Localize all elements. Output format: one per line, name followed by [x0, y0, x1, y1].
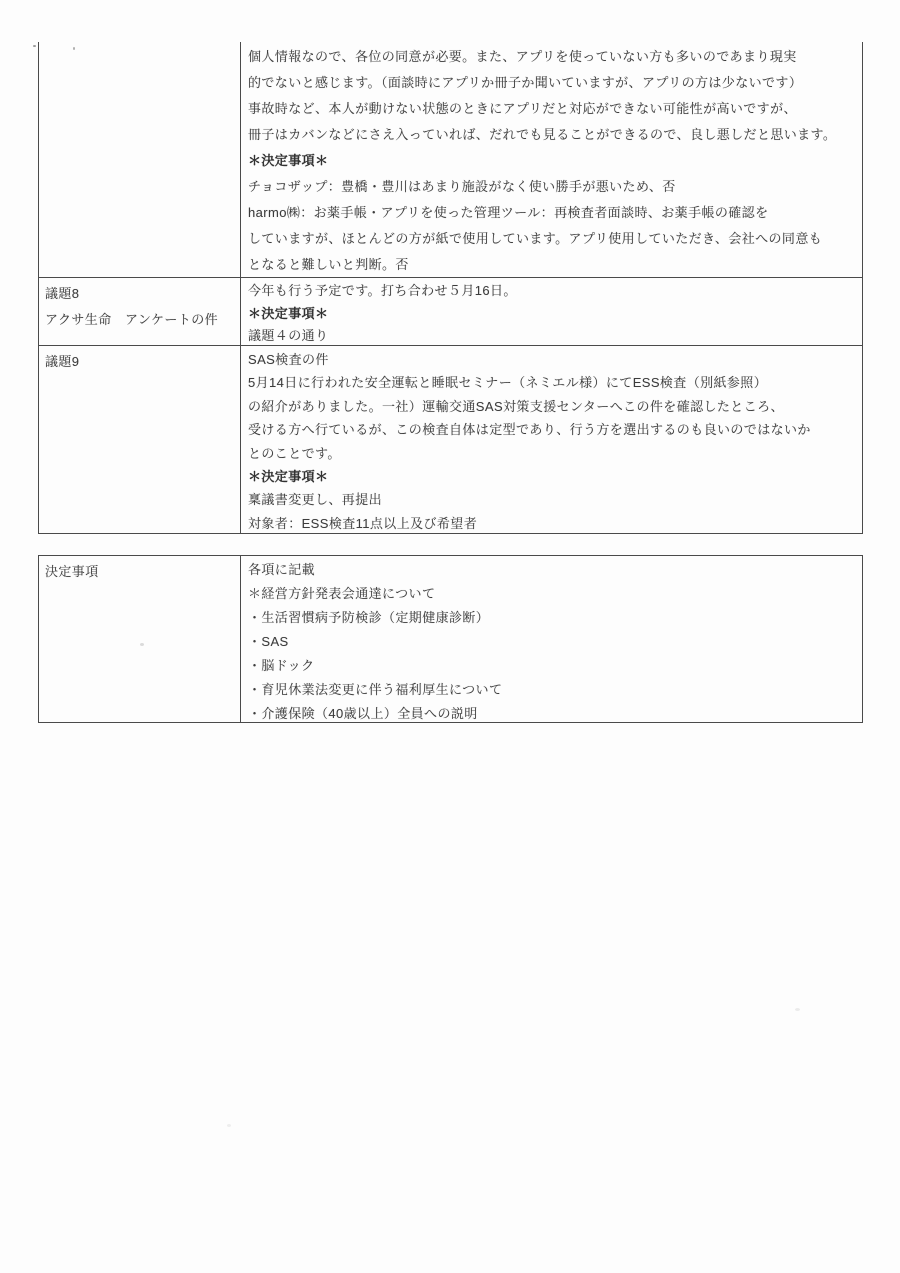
text-line: 各項に記載: [248, 558, 854, 582]
text-line: ・SAS: [248, 630, 854, 654]
text-line: 個人情報なので、各位の同意が必要。また、アプリを使っていない方も多いのであまり現…: [248, 44, 854, 70]
text-line: ・介護保険（40歳以上）全員への説明: [248, 702, 854, 722]
text-line: ＊決定事項＊: [248, 148, 854, 174]
text-line: ＊経営方針発表会通達について: [248, 582, 854, 606]
text-line: ＊決定事項＊: [248, 465, 854, 488]
text-line: 冊子はカバンなどにさえ入っていれば、だれでも見ることができるので、良し悪しだと思…: [248, 122, 854, 148]
scan-speck: [73, 47, 75, 50]
row-label-cell: 議題9: [39, 346, 241, 533]
scanned-minutes-page: 個人情報なので、各位の同意が必要。また、アプリを使っていない方も多いのであまり現…: [0, 0, 900, 1273]
row-label-cell: [39, 42, 241, 277]
scan-speck: [227, 1124, 231, 1127]
text-line: 決定事項: [45, 559, 236, 585]
row-content-cell: 今年も行う予定です。打ち合わせ５月16日。＊決定事項＊議題４の通り: [241, 278, 862, 345]
row-content-cell: 個人情報なので、各位の同意が必要。また、アプリを使っていない方も多いのであまり現…: [241, 42, 862, 277]
scan-speck: [33, 45, 36, 47]
row-label-cell: 決定事項: [39, 556, 241, 722]
row-content-cell: SAS検査の件5月14日に行われた安全運転と睡眠セミナー（ネミエル様）にてESS…: [241, 346, 862, 533]
table-row-decisions: 決定事項 各項に記載＊経営方針発表会通達について・生活習慣病予防検診（定期健康診…: [39, 556, 862, 722]
text-line: の紹介がありました。一社）運輸交通SAS対策支援センターへこの件を確認したところ…: [248, 395, 854, 418]
text-line: 議題9: [45, 349, 236, 375]
text-line: SAS検査の件: [248, 348, 854, 371]
text-line: していますが、ほとんどの方が紙で使用しています。アプリ使用していただき、会社への…: [248, 226, 854, 252]
text-line: チョコザップ：豊橋・豊川はあまり施設がなく使い勝手が悪いため、否: [248, 174, 854, 200]
text-line: 5月14日に行われた安全運転と睡眠セミナー（ネミエル様）にてESS検査（別紙参照…: [248, 371, 854, 394]
text-line: ・育児休業法変更に伴う福利厚生について: [248, 678, 854, 702]
table-row-agenda-9: 議題9 SAS検査の件5月14日に行われた安全運転と睡眠セミナー（ネミエル様）に…: [39, 345, 862, 533]
table-row-continuation: 個人情報なので、各位の同意が必要。また、アプリを使っていない方も多いのであまり現…: [39, 42, 862, 277]
table-row-agenda-8: 議題8アクサ生命 アンケートの件 今年も行う予定です。打ち合わせ５月16日。＊決…: [39, 277, 862, 345]
text-line: となると難しいと判断。否: [248, 252, 854, 277]
scan-speck: [795, 1008, 800, 1011]
text-line: アクサ生命 アンケートの件: [45, 307, 236, 333]
text-line: とのことです。: [248, 442, 854, 465]
text-line: 議題４の通り: [248, 325, 854, 345]
agenda-table: 個人情報なので、各位の同意が必要。また、アプリを使っていない方も多いのであまり現…: [38, 42, 863, 534]
text-line: ・脳ドック: [248, 654, 854, 678]
text-line: ・生活習慣病予防検診（定期健康診断）: [248, 606, 854, 630]
scan-speck: [140, 643, 144, 646]
text-line: 事故時など、本人が動けない状態のときにアプリだと対応ができない可能性が高いですが…: [248, 96, 854, 122]
text-line: ＊決定事項＊: [248, 303, 854, 326]
text-line: 対象者：ESS検査11点以上及び希望者: [248, 512, 854, 533]
text-line: 受ける方へ行ているが、この検査自体は定型であり、行う方を選出するのも良いのではな…: [248, 418, 854, 441]
text-line: 的でないと感じます。（面談時にアプリか冊子か聞いていますが、アプリの方は少ないで…: [248, 70, 854, 96]
decisions-table: 決定事項 各項に記載＊経営方針発表会通達について・生活習慣病予防検診（定期健康診…: [38, 555, 863, 723]
text-line: 今年も行う予定です。打ち合わせ５月16日。: [248, 280, 854, 303]
text-line: harmo㈱：お薬手帳・アプリを使った管理ツール：再検査者面談時、お薬手帳の確認…: [248, 200, 854, 226]
row-content-cell: 各項に記載＊経営方針発表会通達について・生活習慣病予防検診（定期健康診断）・SA…: [241, 556, 862, 722]
text-line: 議題8: [45, 281, 236, 307]
row-label-cell: 議題8アクサ生命 アンケートの件: [39, 278, 241, 345]
text-line: 稟議書変更し、再提出: [248, 488, 854, 511]
